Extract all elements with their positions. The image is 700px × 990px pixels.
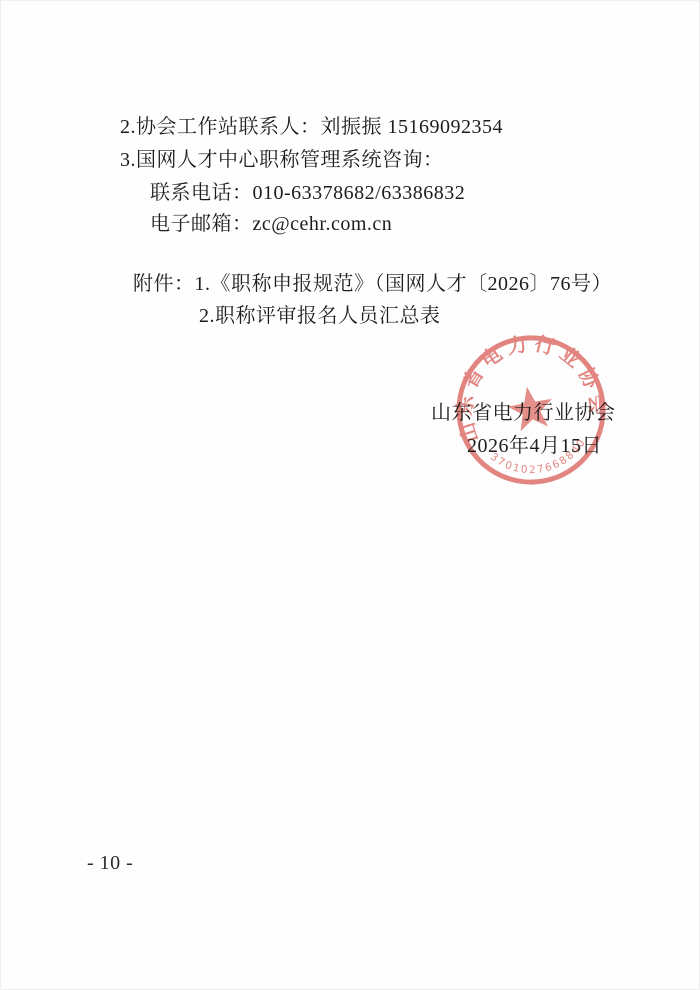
seal-ring-label: 山东省电力行业协会	[441, 320, 612, 446]
document-page: 2.协会工作站联系人：刘振振 15169092354 3.国网人才中心职称管理系…	[0, 0, 700, 990]
page-number: - 10 -	[87, 853, 133, 873]
contact-line-association: 2.协会工作站联系人：刘振振 15169092354	[120, 117, 503, 137]
contact-line-center: 3.国网人才中心职称管理系统咨询：	[120, 150, 444, 170]
contact-email-line: 电子邮箱：zc@cehr.com.cn	[150, 214, 392, 234]
signature-date: 2026年4月15日	[467, 436, 602, 456]
attachment-line-2: 2.职称评审报名人员汇总表	[199, 306, 441, 326]
contact-phone-line: 联系电话：010-63378682/63386832	[150, 183, 465, 203]
signature-organization: 山东省电力行业协会	[431, 403, 616, 423]
attachment-line-1: 附件：1.《职称申报规范》（国网人才〔2026〕76号）	[133, 274, 612, 294]
